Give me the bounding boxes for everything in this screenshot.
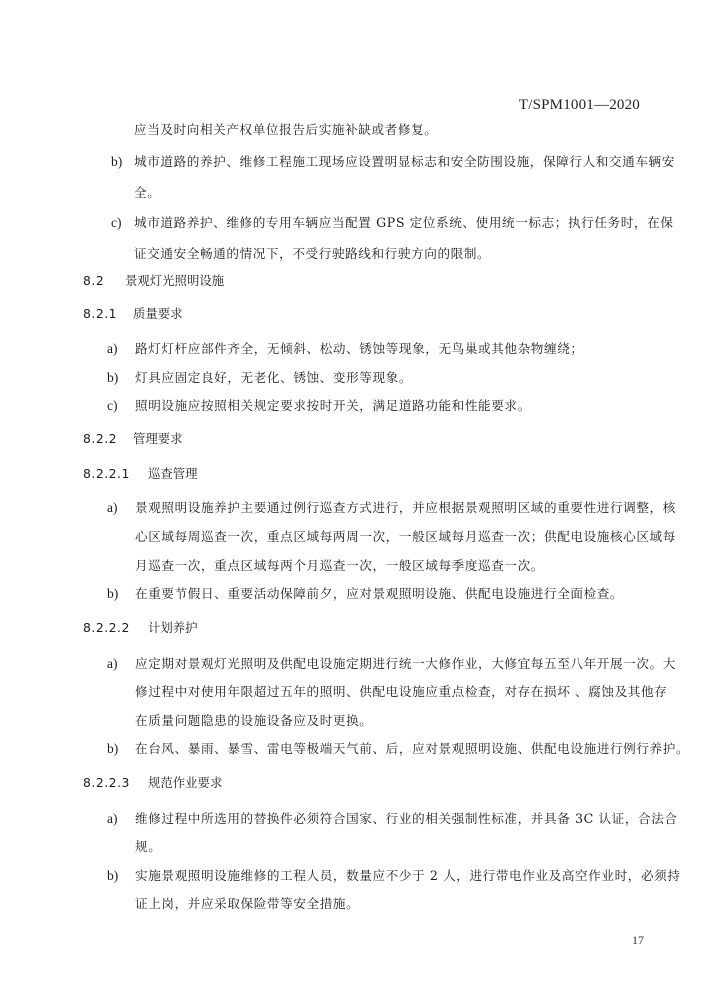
list-item-label: b): [111, 153, 122, 171]
section-title: 计划养护: [148, 620, 198, 635]
section-number: 8.2.2.2: [83, 619, 148, 637]
list-item-text: 维修过程中所选用的替换件必须符合国家、行业的相关强制性标准，并具备 3C 认证，…: [135, 810, 678, 828]
section-title: 管理要求: [133, 431, 183, 446]
list-item-text: 证上岗，并应采取保险带等安全措施。: [135, 895, 359, 913]
section-heading-8-2-2-2: 8.2.2.2计划养护: [83, 619, 198, 637]
list-item-label: b): [107, 740, 118, 758]
list-item-text: 在重要节假日、重要活动保障前夕，应对景观照明设施、供配电设施进行全面检查。: [135, 585, 623, 603]
list-item-label: a): [107, 655, 118, 673]
list-item-text: 应定期对景观灯光照明及供配电设施定期进行统一大修作业，大修宜每五至八年开展一次。…: [135, 655, 676, 673]
list-item-label: b): [107, 585, 118, 603]
list-item-text: 在质量问题隐患的设施设备应及时更换。: [135, 712, 373, 730]
section-title: 巡查管理: [148, 466, 198, 481]
page-number: 17: [632, 933, 644, 948]
section-number: 8.2.2.1: [83, 465, 148, 483]
section-number: 8.2.1: [83, 305, 133, 323]
list-item-text: 在台风、暴雨、暴雪、雷电等极端天气前、后，应对景观照明设施、供配电设施进行例行养…: [135, 740, 689, 758]
list-item-label: b): [107, 867, 118, 885]
list-item-text: 规。: [135, 838, 161, 856]
list-item-text: 景观照明设施养护主要通过例行巡查方式进行，并应根据景观照明区域的重要性进行调整，…: [135, 499, 676, 517]
document-page: T/SPM1001—2020 应当及时向相关产权单位报告后实施补缺或者修复。 b…: [0, 0, 706, 1000]
list-item-label: c): [107, 397, 118, 415]
section-title: 景观灯光照明设施: [125, 273, 224, 288]
list-item-text: 灯具应固定良好，无老化、锈蚀、变形等现象。: [135, 369, 412, 387]
section-heading-8-2-2-1: 8.2.2.1巡查管理: [83, 465, 198, 483]
list-item-label: c): [111, 214, 122, 232]
section-heading-8-2-2: 8.2.2管理要求: [83, 430, 183, 448]
section-title: 规范作业要求: [148, 775, 222, 790]
list-item-label: a): [107, 340, 118, 358]
list-item-text: 路灯灯杆应部件齐全，无倾斜、松动、锈蚀等现象，无鸟巢或其他杂物缠绕；: [135, 340, 584, 358]
list-item-label: b): [107, 369, 118, 387]
paragraph-continuation: 应当及时向相关产权单位报告后实施补缺或者修复。: [134, 121, 437, 139]
section-number: 8.2.2.3: [83, 774, 148, 792]
list-item-text: 修过程中对使用年限超过五年的照明、供配电设施应重点检查，对存在损坏 、腐蚀及其他…: [135, 683, 667, 701]
list-item-text: 照明设施应按照相关规定要求按时开关，满足道路功能和性能要求。: [135, 397, 531, 415]
section-title: 质量要求: [133, 306, 183, 321]
section-heading-8-2-2-3: 8.2.2.3规范作业要求: [83, 774, 222, 792]
list-item-text: 城市道路养护、维修的专用车辆应当配置 GPS 定位系统、使用统一标志；执行任务时…: [134, 214, 674, 232]
section-heading-8-2: 8.2景观灯光照明设施: [83, 272, 224, 290]
section-heading-8-2-1: 8.2.1质量要求: [83, 305, 183, 323]
section-number: 8.2.2: [83, 430, 133, 448]
list-item-text: 心区域每周巡查一次，重点区域每两周一次，一般区域每月巡查一次；供配电设施核心区域…: [135, 528, 676, 546]
document-code: T/SPM1001—2020: [519, 97, 640, 114]
section-number: 8.2: [83, 272, 125, 290]
list-item-text: 月巡查一次，重点区域每两个月巡查一次，一般区域每季度巡查一次。: [135, 557, 544, 575]
list-item-label: a): [107, 810, 118, 828]
list-item-text: 全。: [134, 184, 160, 202]
list-item-label: a): [107, 499, 118, 517]
list-item-text: 城市道路的养护、维修工程施工现场应设置明显标志和安全防围设施，保障行人和交通车辆…: [134, 153, 675, 171]
list-item-text: 实施景观照明设施维修的工程人员，数量应不少于 2 人，进行带电作业及高空作业时，…: [135, 867, 681, 885]
list-item-text: 证交通安全畅通的情况下，不受行驶路线和行驶方向的限制。: [134, 245, 490, 263]
